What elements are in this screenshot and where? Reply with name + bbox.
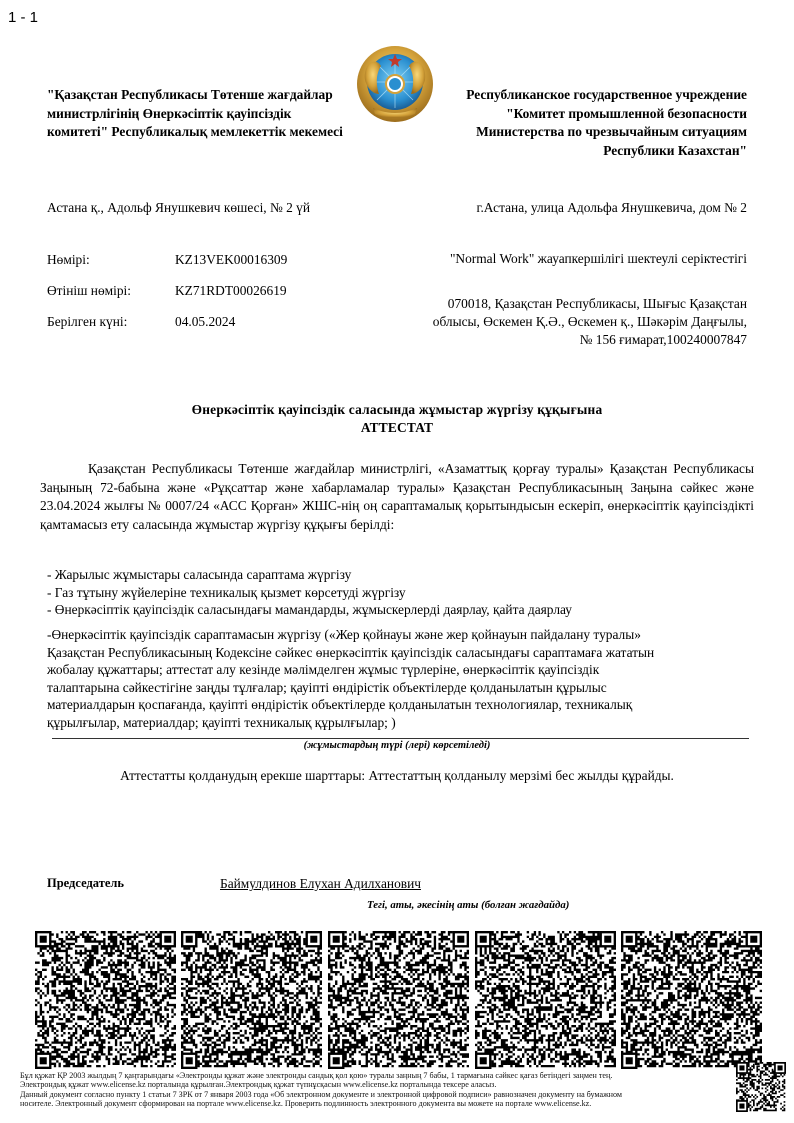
qr-code-3-icon	[328, 931, 469, 1069]
qr-code-1-icon	[35, 931, 176, 1069]
header-issuer-ru: Республиканское государственное учрежден…	[457, 86, 747, 160]
signatory-name: Баймулдинов Елухан Адилханович	[220, 876, 421, 892]
divider	[52, 738, 749, 739]
special-conditions: Аттестатты қолданудың ерекше шарттары: А…	[0, 768, 794, 784]
qr-code-5-icon	[621, 931, 762, 1069]
field-value-issue-date: 04.05.2024	[175, 314, 235, 330]
work-types-list: - Жарылыс жұмыстары саласында сараптама …	[47, 566, 572, 619]
document-title-line1: Өнеркәсіптік қауіпсіздік саласында жұмыс…	[0, 401, 794, 419]
body-paragraph: Қазақстан Республикасы Төтенше жағдайлар…	[40, 460, 754, 534]
field-value-number: KZ13VEK00016309	[175, 252, 287, 268]
footer-line: Электрондық құжат www.elicense.kz портал…	[20, 1080, 730, 1089]
footer-line: Бұл құжат ҚР 2003 жылдың 7 қаңтарындағы …	[20, 1071, 730, 1080]
recipient-name: "Normal Work" жауапкершілігі шектеулі се…	[417, 250, 747, 268]
expertise-line: материалдарын қоспағанда, қауіпті өндірі…	[47, 696, 747, 714]
work-types-caption: (жұмыстардың түрі (лері) көрсетіледі)	[0, 740, 794, 751]
expertise-line: талаптарына сәйкестігіне заңды тұлғалар;…	[47, 679, 747, 697]
qr-code-4-icon	[475, 931, 616, 1069]
footer-line: носителе. Электронный документ сформиров…	[20, 1099, 730, 1108]
field-label-application-number: Өтініш нөмірі:	[47, 283, 131, 299]
expertise-line: Қазақстан Республикасының Кодексіне сәйк…	[47, 644, 747, 662]
page-indicator: 1 - 1	[8, 9, 38, 26]
document-title-line2: АТТЕСТАТ	[0, 419, 794, 437]
document-title: Өнеркәсіптік қауіпсіздік саласында жұмыс…	[0, 401, 794, 437]
expertise-line: құрылғылар, материалдар; қауіпті техника…	[47, 714, 747, 732]
signatory-caption: Тегі, аты, әкесінің аты (болған жағдайда…	[367, 899, 569, 911]
expertise-description: -Өнеркәсіптік қауіпсіздік сараптамасын ж…	[47, 626, 747, 732]
footer-line: Данный документ согласно пункту 1 статьи…	[20, 1090, 730, 1099]
work-type-item: - Жарылыс жұмыстары саласында сараптама …	[47, 566, 572, 584]
issuer-address-ru: г.Астана, улица Адольфа Янушкевича, дом …	[447, 199, 747, 217]
header-issuer-kz: "Қазақстан Республикасы Төтенше жағдайла…	[47, 86, 347, 142]
footer-legal-notice: Бұл құжат ҚР 2003 жылдың 7 қаңтарындағы …	[20, 1071, 730, 1109]
qr-code-2-icon	[181, 931, 322, 1069]
verification-qr-icon	[736, 1062, 786, 1112]
work-type-item: - Өнеркәсіптік қауіпсіздік саласындағы м…	[47, 601, 572, 619]
state-emblem-icon	[353, 42, 437, 126]
signatory-role: Председатель	[47, 876, 124, 891]
issuer-address-kz: Астана қ., Адольф Янушкевич көшесі, № 2 …	[47, 199, 347, 217]
field-value-application-number: KZ71RDT00026619	[175, 283, 287, 299]
recipient-address: 070018, Қазақстан Республикасы, Шығыс Қа…	[417, 295, 747, 349]
field-label-issue-date: Берілген күні:	[47, 314, 127, 330]
field-label-number: Нөмірі:	[47, 252, 90, 268]
work-type-item: - Газ тұтыну жүйелеріне техникалық қызме…	[47, 584, 572, 602]
expertise-line: -Өнеркәсіптік қауіпсіздік сараптамасын ж…	[47, 626, 747, 644]
expertise-line: жобалау құжаттары; аттестат алу кезінде …	[47, 661, 747, 679]
